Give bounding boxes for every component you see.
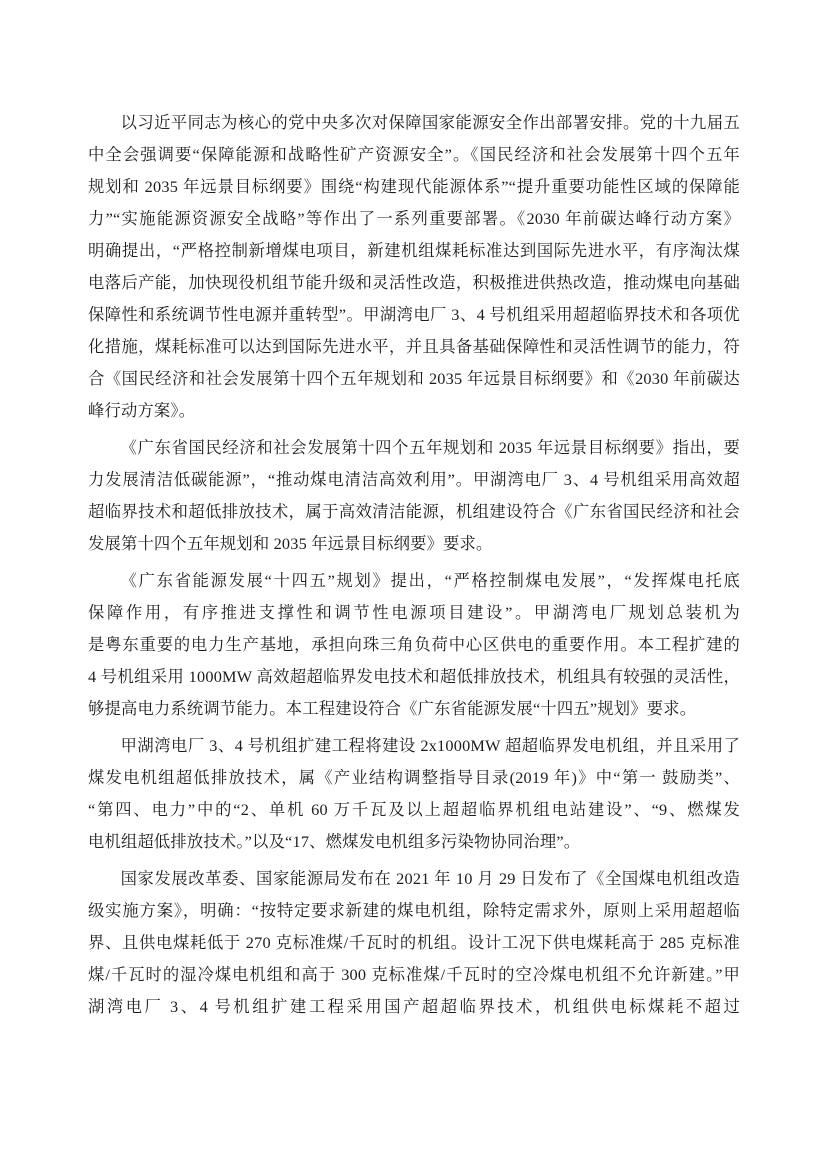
text-line: 4 号机组采用 1000MW 高效超超临界发电技术和超低排放技术，机组具有较强的… [88,661,740,693]
text-line: 明确提出，“严格控制新增煤电项目，新建机组煤耗标准达到国际先进水平，有序淘汰煤 [88,235,740,267]
document-body: 以习近平同志为核心的党中央多次对保障国家能源安全作出部署安排。党的十九届五中全会… [88,107,740,1028]
text-line: 《广东省国民经济和社会发展第十四个五年规划和 2035 年远景目标纲要》指出，要… [88,432,740,464]
text-line: 湖湾电厂 3、4 号机组扩建工程采用国产超超临界技术，机组供电标煤耗不超过 27… [88,991,740,1023]
text-line: 峰行动方案》。 [88,395,740,427]
text-line: 保障性和系统调节性电源并重转型”。甲湖湾电厂 3、4 号机组采用超超临界技术和各… [88,299,740,331]
text-line: 以习近平同志为核心的党中央多次对保障国家能源安全作出部署安排。党的十九届五 [88,107,740,139]
paragraph: 《广东省国民经济和社会发展第十四个五年规划和 2035 年远景目标纲要》指出，要… [88,432,740,560]
text-line: 化措施，煤耗标准可以达到国际先进水平，并且具备基础保障性和灵活性调节的能力，符 [88,331,740,363]
paragraph: 《广东省能源发展“十四五”规划》提出，“严格控制煤电发展”，“发挥煤电托底保障作… [88,565,740,725]
paragraph: 国家发展改革委、国家能源局发布在 2021 年 10 月 29 日发布了《全国煤… [88,863,740,1023]
text-line: 是粤东重要的电力生产基地，承担向珠三角负荷中心区供电的重要作用。本工程扩建的 3… [88,629,740,661]
text-line: 界、且供电煤耗低于 270 克标准煤/千瓦时的机组。设计工况下供电煤耗高于 28… [88,927,740,959]
paragraph: 甲湖湾电厂 3、4 号机组扩建工程将建设 2x1000MW 超超临界发电机组，并… [88,730,740,858]
text-line: 中全会强调要“保障能源和战略性矿产资源安全”。《国民经济和社会发展第十四个五年 [88,139,740,171]
text-line: 规划和 2035 年远景目标纲要》围绕“构建现代能源体系”“提升重要功能性区域的… [88,171,740,203]
paragraph: 以习近平同志为核心的党中央多次对保障国家能源安全作出部署安排。党的十九届五中全会… [88,107,740,427]
text-line: 够提高电力系统调节能力。本工程建设符合《广东省能源发展“十四五”规划》要求。 [88,693,740,725]
text-line: 电落后产能，加快现役机组节能升级和灵活性改造，积极推进供热改造，推动煤电向基础 [88,267,740,299]
text-line: 超临界技术和超低排放技术，属于高效清洁能源，机组建设符合《广东省国民经济和社会 [88,496,740,528]
document-page: 以习近平同志为核心的党中央多次对保障国家能源安全作出部署安排。党的十九届五中全会… [0,0,827,1169]
text-line: 煤发电机组超低排放技术，属《产业结构调整指导目录(2019 年)》中“第一 鼓励… [88,762,740,794]
text-line: 力”“实施能源资源安全战略”等作出了一系列重要部署。《2030 年前碳达峰行动方… [88,203,740,235]
text-line: 煤/千瓦时的湿冷煤电机组和高于 300 克标准煤/千瓦时的空冷煤电机组不允许新建… [88,959,740,991]
text-line: 《广东省能源发展“十四五”规划》提出，“严格控制煤电发展”，“发挥煤电托底 [88,565,740,597]
text-line: 保障作用，有序推进支撑性和调节性电源项目建设”。甲湖湾电厂规划总装机为 8x10… [88,597,740,629]
text-line: “第四、电力”中的“2、单机 60 万千瓦及以上超超临界机组电站建设”、“9、燃… [88,794,740,826]
text-line: 国家发展改革委、国家能源局发布在 2021 年 10 月 29 日发布了《全国煤… [88,863,740,895]
text-line: 合《国民经济和社会发展第十四个五年规划和 2035 年远景目标纲要》和《2030… [88,363,740,395]
text-line: 发展第十四个五年规划和 2035 年远景目标纲要》要求。 [88,528,740,560]
text-line: 级实施方案》，明确：“按特定要求新建的煤电机组，除特定需求外，原则上采用超超临 [88,895,740,927]
text-line: 甲湖湾电厂 3、4 号机组扩建工程将建设 2x1000MW 超超临界发电机组，并… [88,730,740,762]
text-line: 电机组超低排放技术。”以及“17、燃煤发电机组多污染物协同治理”。 [88,826,740,858]
text-line: 力发展清洁低碳能源”，“推动煤电清洁高效利用”。甲湖湾电厂 3、4 号机组采用高… [88,464,740,496]
